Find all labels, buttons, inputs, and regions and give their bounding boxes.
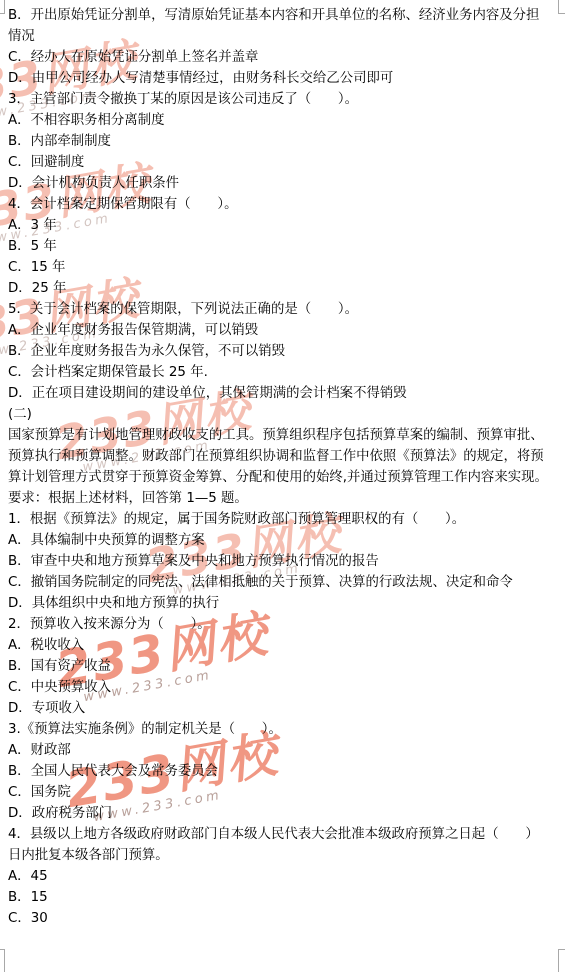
- option-line: C．30: [8, 908, 561, 929]
- option-line: D．正在项目建设期间的建设单位，其保管期满的会计档案不得销毁: [8, 383, 561, 404]
- option-line: D．25 年: [8, 278, 561, 299]
- page-corner-mark-bottom-left: [0, 949, 5, 972]
- section-label-line: (二): [8, 404, 561, 425]
- option-line: B．内部牵制制度: [8, 131, 561, 152]
- question-line-wrap: 日内批复本级各部门预算。: [8, 845, 561, 866]
- option-line: C．中央预算收入: [8, 677, 561, 698]
- option-line: B．开出原始凭证分割单，写清原始凭证基本内容和开具单位的名称、经济业务内容及分担: [8, 5, 561, 26]
- option-line: D．具体组织中央和地方预算的执行: [8, 593, 561, 614]
- question-line: 3.《预算法实施条例》的制定机关是（ ）。: [8, 719, 561, 740]
- question-line: 3．主管部门责令撤换丁某的原因是该公司违反了（ ）。: [8, 89, 561, 110]
- option-line: C．撤销国务院制定的同宪法、法律相抵触的关于预算、决算的行政法规、决定和命令: [8, 572, 561, 593]
- passage-line: 算计划管理方式贯穿于预算资金筹算、分配和使用的始终,并通过预算管理工作内容来实现…: [8, 467, 561, 488]
- option-line: B．国有资产收益: [8, 656, 561, 677]
- option-line: C．回避制度: [8, 152, 561, 173]
- exam-document-page: 233网校 www.233.com 233网校 www.233.com 233网…: [0, 0, 565, 972]
- option-line: C．15 年: [8, 257, 561, 278]
- option-line-wrap: 情况: [8, 26, 561, 47]
- question-line: 2．预算收入按来源分为（ ）。: [8, 614, 561, 635]
- option-line: B．审查中央和地方预算草案及中央和地方预算执行情况的报告: [8, 551, 561, 572]
- option-line: C．经办人在原始凭证分割单上签名并盖章: [8, 47, 561, 68]
- passage-line: 预算执行和预算调整。财政部门在预算组织协调和监督工作中依照《预算法》的规定，将预: [8, 446, 561, 467]
- exam-text-block: B．开出原始凭证分割单，写清原始凭证基本内容和开具单位的名称、经济业务内容及分担…: [0, 0, 565, 929]
- option-line: D．由甲公司经办人写清楚事情经过，由财务科长交给乙公司即可: [8, 68, 561, 89]
- option-line: A．财政部: [8, 740, 561, 761]
- option-line: A．税收收入: [8, 635, 561, 656]
- option-line: B．全国人民代表大会及常务委员会: [8, 761, 561, 782]
- option-line: D．会计机构负责人任职条件: [8, 173, 561, 194]
- passage-line: 国家预算是有计划地管理财政收支的工具。预算组织程序包括预算草案的编制、预算审批、: [8, 425, 561, 446]
- question-line: 1．根据《预算法》的规定，属于国务院财政部门预算管理职权的有（ ）。: [8, 509, 561, 530]
- option-line: C．会计档案定期保管最长 25 年.: [8, 362, 561, 383]
- option-line: B．企业年度财务报告为永久保管，不可以销毁: [8, 341, 561, 362]
- question-line: 4．会计档案定期保管期限有（ ）。: [8, 194, 561, 215]
- option-line: A．45: [8, 866, 561, 887]
- option-line: A．3 年: [8, 215, 561, 236]
- question-line: 4．县级以上地方各级政府财政部门自本级人民代表大会批准本级政府预算之日起（ ）: [8, 824, 561, 845]
- option-line: A．企业年度财务报告保管期满，可以销毁: [8, 320, 561, 341]
- option-line: B．15: [8, 887, 561, 908]
- option-line: A．不相容职务相分离制度: [8, 110, 561, 131]
- option-line: C．国务院: [8, 782, 561, 803]
- option-line: A．具体编制中央预算的调整方案: [8, 530, 561, 551]
- page-corner-mark-bottom-right: [558, 949, 565, 972]
- requirement-line: 要求：根据上述材料，回答第 1—5 题。: [8, 488, 561, 509]
- question-line: 5．关于会计档案的保管期限，下列说法正确的是（ ）。: [8, 299, 561, 320]
- option-line: B．5 年: [8, 236, 561, 257]
- option-line: D．政府税务部门: [8, 803, 561, 824]
- option-line: D．专项收入: [8, 698, 561, 719]
